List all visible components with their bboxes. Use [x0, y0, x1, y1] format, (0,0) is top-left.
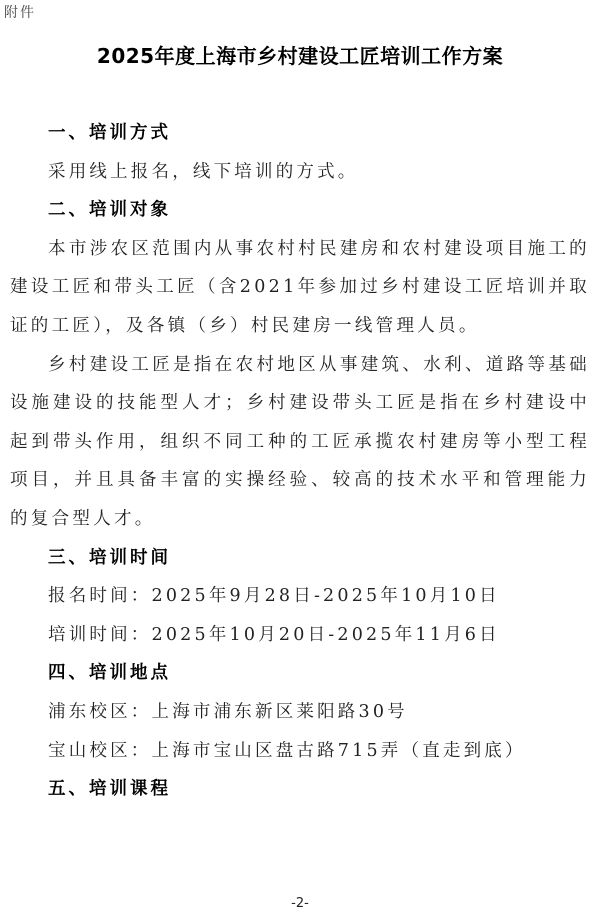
- section-heading-training-time: 三、培训时间: [10, 539, 590, 578]
- section-heading-training-courses: 五、培训课程: [10, 770, 590, 809]
- baoshan-campus-address: 宝山校区：上海市宝山区盘古路715弄（直走到底）: [10, 732, 590, 771]
- section-heading-training-target: 二、培训对象: [10, 191, 590, 230]
- section-heading-training-method: 一、培训方式: [10, 114, 590, 153]
- page-number: -2-: [0, 896, 600, 911]
- document-body: 一、培训方式 采用线上报名，线下培训的方式。 二、培训对象 本市涉农区范围内从事…: [10, 114, 590, 809]
- training-time: 培训时间：2025年10月20日-2025年11月6日: [10, 616, 590, 655]
- registration-time: 报名时间：2025年9月28日-2025年10月10日: [10, 577, 590, 616]
- training-target-paragraph-1: 本市涉农区范围内从事农村村民建房和农村建设项目施工的建设工匠和带头工匠（含202…: [10, 230, 590, 346]
- section-heading-training-location: 四、培训地点: [10, 654, 590, 693]
- training-method-text: 采用线上报名，线下培训的方式。: [10, 153, 590, 192]
- pudong-campus-address: 浦东校区：上海市浦东新区莱阳路30号: [10, 693, 590, 732]
- document-title: 2025年度上海市乡村建设工匠培训工作方案: [0, 40, 600, 69]
- training-target-paragraph-2: 乡村建设工匠是指在农村地区从事建筑、水利、道路等基础设施建设的技能型人才；乡村建…: [10, 346, 590, 539]
- attachment-label: 附件: [4, 2, 36, 22]
